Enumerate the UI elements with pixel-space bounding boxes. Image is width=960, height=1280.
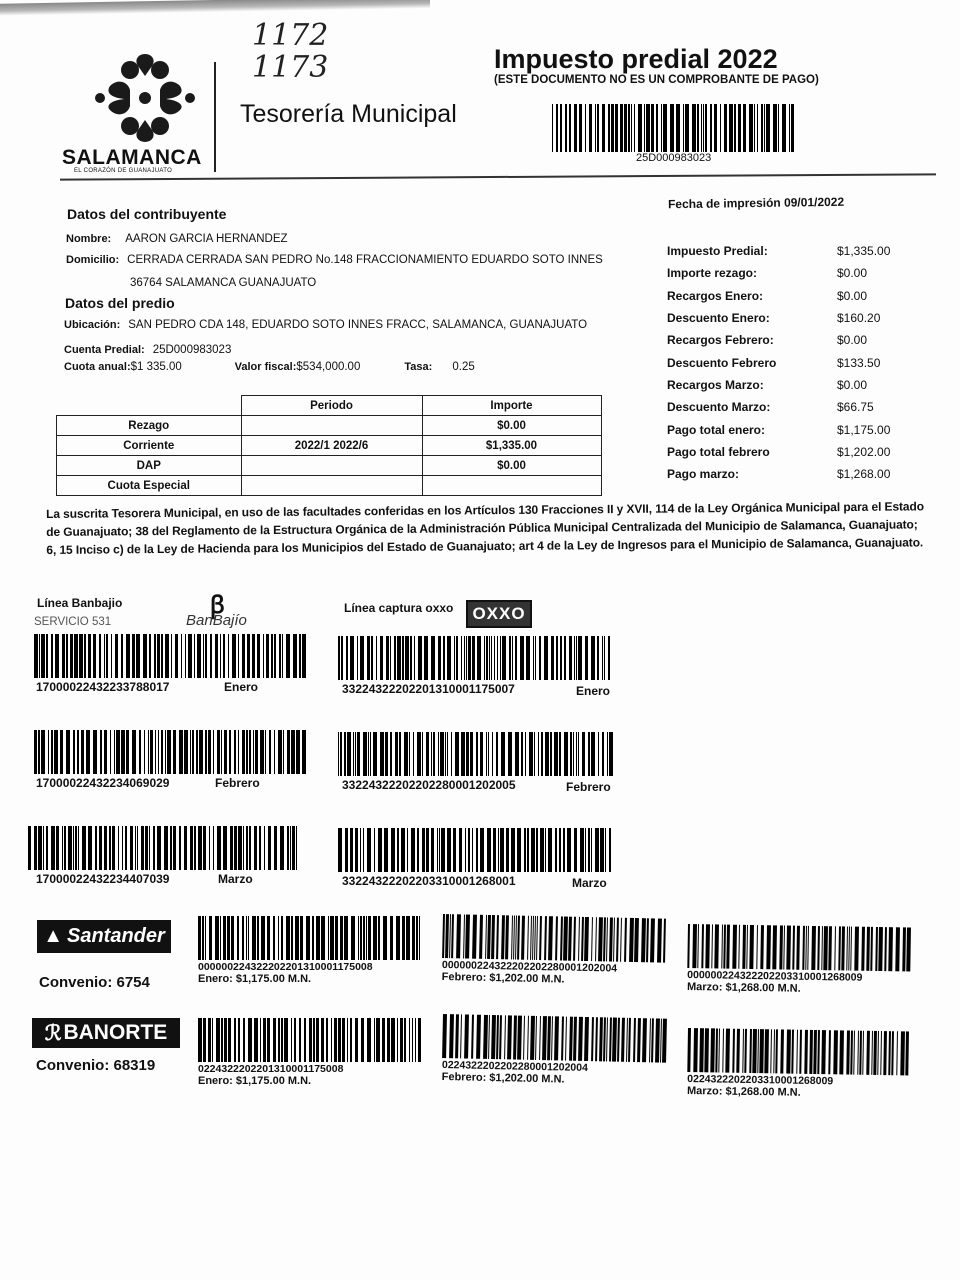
cuenta-value: 25D000983023 xyxy=(153,344,232,356)
banbajio-barcode xyxy=(34,634,308,678)
ubicacion-value: SAN PEDRO CDA 148, EDUARDO SOTO INNES FR… xyxy=(128,319,587,331)
contribuyente-heading: Datos del contribuyente xyxy=(67,206,226,222)
ubicacion-label: Ubicación: xyxy=(64,319,120,331)
oxxo-month: Febrero xyxy=(566,780,611,794)
banorte-barcode xyxy=(687,1028,914,1076)
santander-barcode xyxy=(198,916,424,960)
summary-value: $0.00 xyxy=(837,289,917,303)
summary-label: Recargos Marzo: xyxy=(667,378,817,392)
predio-heading: Datos del predio xyxy=(65,295,175,311)
summary-value: $0.00 xyxy=(837,378,917,392)
banbajio-barcode-number: 17000022432234407039 xyxy=(36,872,169,886)
santander-convenio: Convenio: 6754 xyxy=(39,974,150,991)
oxxo-barcode-number: 33224322202201310001175007 xyxy=(342,682,515,696)
summary-label: Pago total febrero xyxy=(667,445,817,459)
santander-barcode-number: 000000224322202201310001175008 xyxy=(198,961,438,973)
oxxo-barcode xyxy=(338,732,614,776)
summary-value: $66.75 xyxy=(837,400,917,414)
banorte-barcode-number: 0224322202201310001175008 xyxy=(198,1063,438,1075)
oxxo-barcode-number: 33224322202203310001268001 xyxy=(342,874,516,888)
table-cell: $1,335.00 xyxy=(422,436,601,456)
summary-label: Recargos Febrero: xyxy=(667,333,817,347)
table-cell xyxy=(422,476,601,496)
table-cell xyxy=(241,476,422,496)
table-cell xyxy=(241,416,422,436)
banbajio-barcode-number: 17000022432234069029 xyxy=(36,776,169,790)
office-name: Tesorería Municipal xyxy=(240,100,457,129)
banorte-barcode xyxy=(442,1014,669,1063)
domicilio-row: Domicilio: CERRADA CERRADA SAN PEDRO No.… xyxy=(66,254,603,266)
cuota-value: $1 335.00 xyxy=(131,361,231,373)
santander-barcode-group: 000000224322202202280001202004Febrero: $… xyxy=(442,914,683,988)
logo-name: SALAMANCA xyxy=(62,146,202,170)
banbajio-month: Febrero xyxy=(215,776,260,790)
table-row: DAP$0.00 xyxy=(57,456,602,476)
scan-edge-smear xyxy=(0,0,430,16)
banbajio-barcode xyxy=(34,730,308,774)
summary-value: $1,335.00 xyxy=(837,244,917,258)
oxxo-month: Marzo xyxy=(572,876,607,890)
table-header-row: PeriodoImporte xyxy=(57,396,602,416)
handwritten-line: 1173 xyxy=(252,52,328,84)
valor-fiscal-value: $534,000.00 xyxy=(296,361,406,373)
account-barcode xyxy=(552,104,796,152)
santander-barcode-group: 000000224322202203310001268009Marzo: $1,… xyxy=(687,924,928,997)
banorte-barcode xyxy=(198,1018,424,1062)
summary-label: Importe rezago: xyxy=(667,266,817,280)
summary-label: Pago total enero: xyxy=(667,423,817,437)
table-row: Corriente2022/1 2022/6$1,335.00 xyxy=(57,436,602,456)
summary-row: Recargos Marzo:$0.00 xyxy=(667,374,917,396)
summary-row: Importe rezago:$0.00 xyxy=(667,262,917,284)
oxxo-barcode xyxy=(338,828,614,872)
table-header-cell: Periodo xyxy=(241,396,422,416)
summary-value: $1,175.00 xyxy=(837,423,917,437)
summary-row: Impuesto Predial:$1,335.00 xyxy=(667,240,917,262)
oxxo-logo: OXXO xyxy=(466,600,532,628)
summary-row: Descuento Enero:$160.20 xyxy=(667,307,917,329)
summary-label: Descuento Febrero xyxy=(667,356,817,370)
banorte-barcode-group: 0224322202202280001202004Febrero: $1,202… xyxy=(442,1014,683,1088)
summary-label: Descuento Marzo: xyxy=(667,400,817,414)
summary-label: Pago marzo: xyxy=(667,467,817,481)
banbajio-label: Línea Banbajio xyxy=(37,596,122,610)
ubicacion-row: Ubicación: SAN PEDRO CDA 148, EDUARDO SO… xyxy=(64,319,587,331)
summary-value: $133.50 xyxy=(837,356,917,370)
summary-row: Recargos Febrero:$0.00 xyxy=(667,329,917,351)
tasa-label: Tasa: xyxy=(404,361,452,373)
domicilio-label: Domicilio: xyxy=(66,254,119,266)
summary-value: $0.00 xyxy=(837,266,917,280)
banbajio-barcode-number: 17000022432233788017 xyxy=(36,680,169,694)
summary-row: Recargos Enero:$0.00 xyxy=(667,285,917,307)
banbajio-logo-text: BanBajío xyxy=(186,612,247,629)
nombre-label: Nombre: xyxy=(66,233,111,245)
table-cell: 2022/1 2022/6 xyxy=(241,436,422,456)
banorte-logo-text: BANORTE xyxy=(63,1021,167,1045)
banorte-amount: Enero: $1,175.00 M.N. xyxy=(198,1075,438,1087)
banorte-logo: ℛBANORTE xyxy=(32,1018,180,1048)
summary-label: Descuento Enero: xyxy=(667,311,817,325)
santander-amount: Marzo: $1,268.00 M.N. xyxy=(687,981,927,997)
period-table: PeriodoImporteRezago$0.00Corriente2022/1… xyxy=(56,395,602,496)
table-cell: $0.00 xyxy=(422,416,601,436)
banorte-mark-icon: ℛ xyxy=(45,1021,62,1046)
summary-row: Pago marzo:$1,268.00 xyxy=(667,463,917,485)
document-title: Impuesto predial 2022 xyxy=(494,44,778,75)
summary-value: $1,202.00 xyxy=(837,445,917,459)
banbajio-barcode xyxy=(28,826,302,870)
cuenta-label: Cuenta Predial: xyxy=(64,344,145,356)
santander-barcode xyxy=(687,924,914,972)
handwritten-note: 1172 1173 xyxy=(252,20,328,84)
summary-label: Recargos Enero: xyxy=(667,289,817,303)
handwritten-line: 1172 xyxy=(252,20,328,52)
santander-barcode-group: 000000224322202201310001175008Enero: $1,… xyxy=(198,916,438,985)
oxxo-barcode-number: 33224322202202280001202005 xyxy=(342,778,516,792)
nombre-value: AARON GARCIA HERNANDEZ xyxy=(125,233,287,245)
banbajio-month: Marzo xyxy=(218,872,253,886)
cuota-row: Cuota anual: $1 335.00 Valor fiscal: $53… xyxy=(64,361,475,373)
print-date: Fecha de impresión 09/01/2022 xyxy=(668,195,844,211)
santander-amount: Enero: $1,175.00 M.N. xyxy=(198,973,438,985)
document-subtitle: (ESTE DOCUMENTO NO ES UN COMPROBANTE DE … xyxy=(494,74,819,86)
domicilio-value-line2: 36764 SALAMANCA GUANAJUATO xyxy=(130,277,316,289)
summary-label: Impuesto Predial: xyxy=(667,244,817,258)
salamanca-logo-icon xyxy=(90,48,200,148)
payment-summary: Impuesto Predial:$1,335.00Importe rezago… xyxy=(667,240,917,485)
banorte-barcode-group: 0224322202201310001175008Enero: $1,175.0… xyxy=(198,1018,438,1087)
oxxo-month: Enero xyxy=(576,684,610,698)
table-header-cell: Importe xyxy=(422,396,601,416)
legal-text: La suscrita Tesorera Municipal, en uso d… xyxy=(46,497,926,559)
account-barcode-number: 25D000983023 xyxy=(636,152,711,164)
valor-fiscal-label: Valor fiscal: xyxy=(235,361,297,373)
banbajio-month: Enero xyxy=(224,680,258,694)
oxxo-barcode xyxy=(338,636,614,680)
oxxo-label: Línea captura oxxo xyxy=(344,601,453,615)
summary-value: $0.00 xyxy=(837,333,917,347)
table-cell: Rezago xyxy=(57,416,242,436)
flame-icon: ▲ xyxy=(43,925,63,948)
banbajio-servicio: SERVICIO 531 xyxy=(34,616,111,628)
summary-row: Descuento Febrero$133.50 xyxy=(667,351,917,373)
table-cell xyxy=(241,456,422,476)
domicilio-value: CERRADA CERRADA SAN PEDRO No.148 FRACCIO… xyxy=(127,254,603,266)
header-rule xyxy=(60,173,936,180)
logo-tagline: EL CORAZÓN DE GUANAJUATO xyxy=(74,168,172,174)
summary-row: Descuento Marzo:$66.75 xyxy=(667,396,917,418)
summary-row: Pago total enero:$1,175.00 xyxy=(667,418,917,440)
table-cell: $0.00 xyxy=(422,456,601,476)
banorte-amount: Marzo: $1,268.00 M.N. xyxy=(687,1085,927,1101)
santander-barcode xyxy=(442,914,669,963)
tasa-value: 0.25 xyxy=(452,361,474,373)
table-row: Rezago$0.00 xyxy=(57,416,602,436)
santander-logo: ▲Santander xyxy=(37,920,171,953)
nombre-row: Nombre: AARON GARCIA HERNANDEZ xyxy=(66,233,288,245)
banorte-barcode-group: 0224322202203310001268009Marzo: $1,268.0… xyxy=(687,1028,928,1101)
santander-logo-text: Santander xyxy=(67,925,165,948)
table-cell: DAP xyxy=(57,456,242,476)
table-row: Cuota Especial xyxy=(57,476,602,496)
banorte-convenio: Convenio: 68319 xyxy=(36,1057,155,1074)
table-header-cell xyxy=(57,396,242,416)
header-divider xyxy=(214,62,216,172)
cuota-label: Cuota anual: xyxy=(64,361,131,373)
summary-value: $160.20 xyxy=(837,311,917,325)
summary-row: Pago total febrero$1,202.00 xyxy=(667,441,917,463)
summary-value: $1,268.00 xyxy=(837,467,917,481)
cuenta-row: Cuenta Predial: 25D000983023 xyxy=(64,344,231,356)
table-cell: Corriente xyxy=(57,436,242,456)
table-cell: Cuota Especial xyxy=(57,476,242,496)
